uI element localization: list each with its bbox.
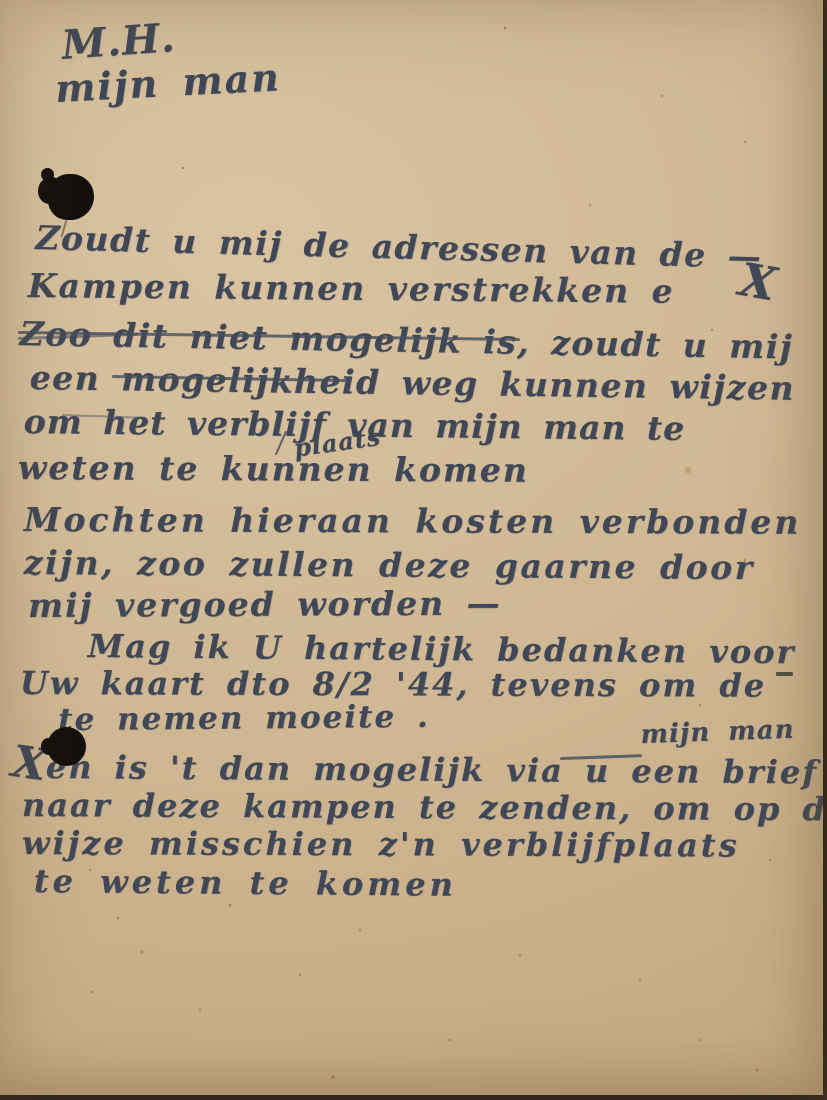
handwriting-line: en is 't dan mogelijk via u een brief [46, 748, 818, 791]
handwriting-line: naar deze kampen te zenden, om op die [22, 786, 827, 828]
handwriting-line: een mogelijkheid weg kunnen wijzen [29, 358, 795, 408]
scan-edge-right [823, 0, 827, 1100]
handwriting-line: Kampen kunnen verstrekken e [28, 266, 675, 311]
hole-punch-mark [38, 177, 62, 204]
hole-punch-mark [41, 168, 54, 181]
margin-dash-mark [776, 672, 793, 676]
handwriting-line: te weten te komen [34, 862, 457, 904]
cross-mark: X [736, 252, 782, 312]
inserted-word: mijn man [640, 715, 795, 750]
handwriting-line: Mochten hieraan kosten verbonden [24, 500, 802, 542]
scan-edge-bottom [0, 1095, 827, 1100]
handwriting-line: te nemen moeite . [58, 699, 430, 738]
handwriting-line: weten te kunnen komen [18, 448, 529, 490]
handwriting-line: mij vergoed worden — [28, 584, 502, 625]
hole-punch-mark [41, 738, 56, 755]
handwriting-line: zijn, zoo zullen deze gaarne door [24, 543, 755, 587]
letter-page: M.H. mijn man Zoudt u mij de adressen va… [0, 0, 827, 1100]
handwriting-line: wijze misschien z'n verblijfplaats [22, 824, 740, 865]
